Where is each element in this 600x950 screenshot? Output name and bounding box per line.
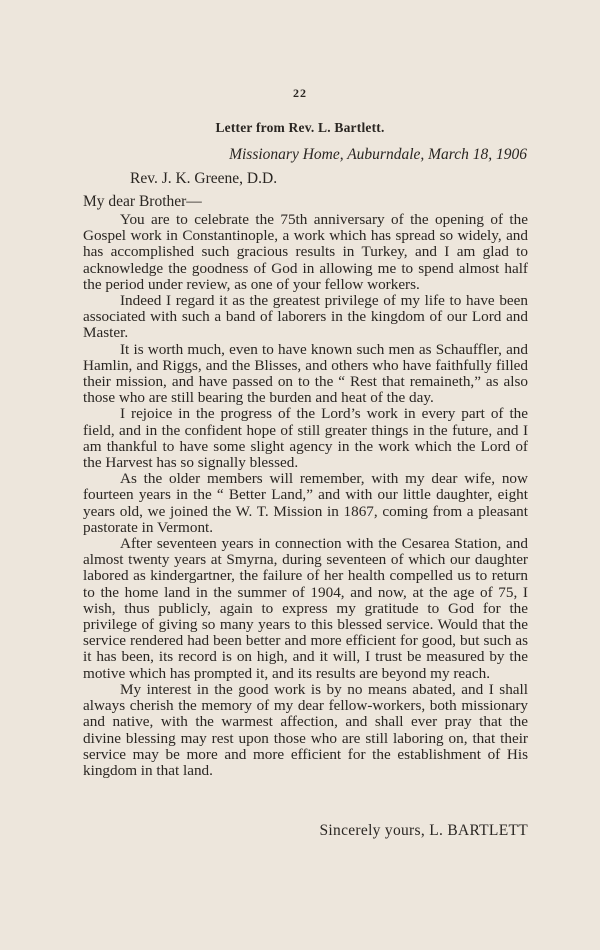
addressee: Rev. J. K. Greene, D.D.: [130, 170, 277, 188]
salutation: My dear Brother—: [83, 193, 202, 211]
paragraph: As the older members will remember, with…: [83, 471, 528, 536]
closing-signature: Sincerely yours, L. BARTLETT: [320, 822, 529, 840]
paragraph: You are to celebrate the 75th anniversar…: [83, 212, 528, 293]
paragraph: Indeed I regard it as the greatest privi…: [83, 293, 528, 342]
letter-title: Letter from Rev. L. Bartlett.: [0, 120, 600, 136]
letter-body: You are to celebrate the 75th anniversar…: [83, 212, 528, 779]
page-number: 22: [0, 86, 600, 101]
paragraph: My interest in the good work is by no me…: [83, 682, 528, 779]
paragraph: I rejoice in the progress of the Lord’s …: [83, 406, 528, 471]
paragraph: It is worth much, even to have known suc…: [83, 342, 528, 407]
paragraph: After seventeen years in connection with…: [83, 536, 528, 682]
dateline: Missionary Home, Auburndale, March 18, 1…: [229, 146, 527, 164]
